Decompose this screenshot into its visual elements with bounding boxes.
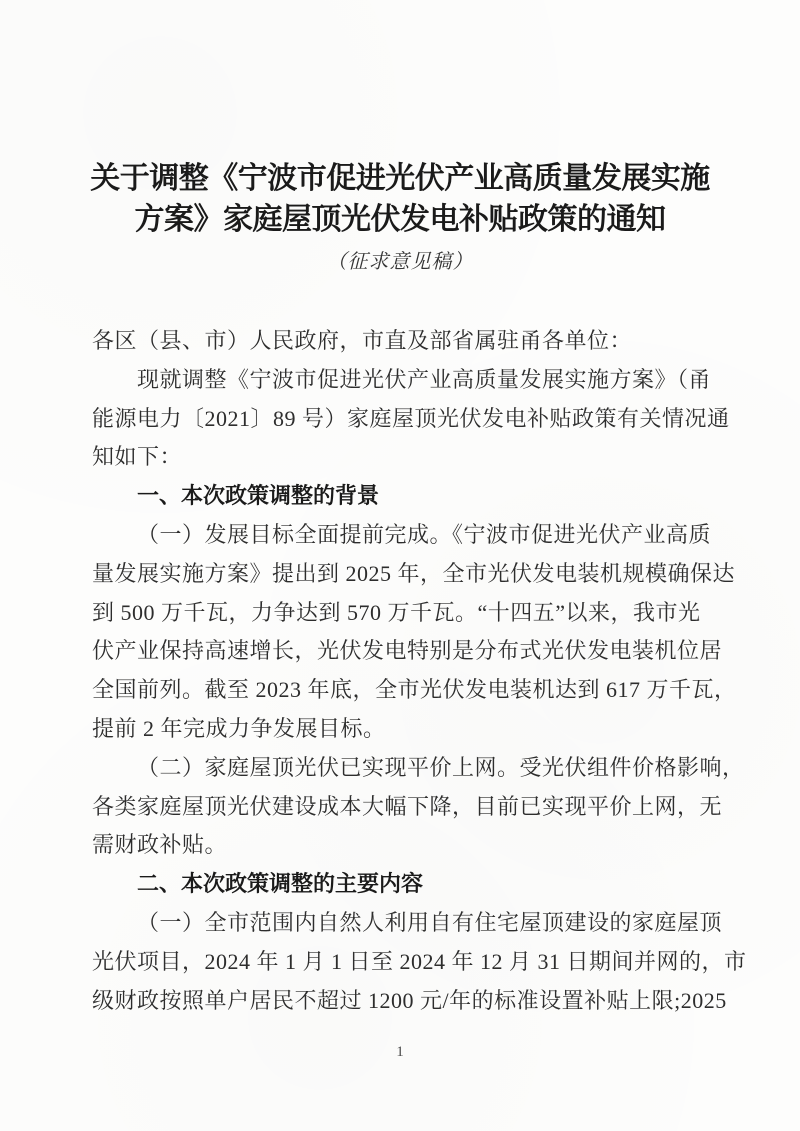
document-line: （二）家庭屋顶光伏已实现平价上网。受光伏组件价格影响，	[92, 749, 710, 788]
document-line: 能源电力〔2021〕89 号）家庭屋顶光伏发电补贴政策有关情况通	[92, 400, 710, 439]
document-line: 需财政补贴。	[92, 826, 710, 865]
document-body: 各区（县、市）人民政府，市直及部省属驻甬各单位：现就调整《宁波市促进光伏产业高质…	[92, 322, 710, 1020]
document-line: （一）发展目标全面提前完成。《宁波市促进光伏产业高质	[92, 516, 710, 555]
title-line-2: 方案》家庭屋顶光伏发电补贴政策的通知	[0, 199, 800, 240]
document-line: 各类家庭屋顶光伏建设成本大幅下降，目前已实现平价上网，无	[92, 788, 710, 827]
document-line: 光伏项目，2024 年 1 月 1 日至 2024 年 12 月 31 日期间并…	[92, 943, 710, 982]
document-line: 知如下：	[92, 438, 710, 477]
document-line: 现就调整《宁波市促进光伏产业高质量发展实施方案》（甬	[92, 361, 710, 400]
draft-note: （征求意见稿）	[0, 250, 800, 274]
document-line: 提前 2 年完成力争发展目标。	[92, 710, 710, 749]
section-heading: 二、本次政策调整的主要内容	[92, 865, 710, 904]
document-line: 各区（县、市）人民政府，市直及部省属驻甬各单位：	[92, 322, 710, 361]
document-page: 关于调整《宁波市促进光伏产业高质量发展实施 方案》家庭屋顶光伏发电补贴政策的通知…	[0, 0, 800, 1131]
document-line: 全国前列。截至 2023 年底，全市光伏发电装机达到 617 万千瓦，	[92, 671, 710, 710]
document-line: 级财政按照单户居民不超过 1200 元/年的标准设置补贴上限;2025	[92, 982, 710, 1021]
document-title: 关于调整《宁波市促进光伏产业高质量发展实施 方案》家庭屋顶光伏发电补贴政策的通知…	[0, 158, 800, 274]
document-line: （一）全市范围内自然人利用自有住宅屋顶建设的家庭屋顶	[92, 904, 710, 943]
title-line-1: 关于调整《宁波市促进光伏产业高质量发展实施	[0, 158, 800, 199]
document-line: 量发展实施方案》提出到 2025 年，全市光伏发电装机规模确保达	[92, 555, 710, 594]
page-number: 1	[0, 1043, 800, 1061]
document-line: 伏产业保持高速增长，光伏发电特别是分布式光伏发电装机位居	[92, 632, 710, 671]
document-line: 到 500 万千瓦，力争达到 570 万千瓦。“十四五”以来，我市光	[92, 594, 710, 633]
section-heading: 一、本次政策调整的背景	[92, 477, 710, 516]
